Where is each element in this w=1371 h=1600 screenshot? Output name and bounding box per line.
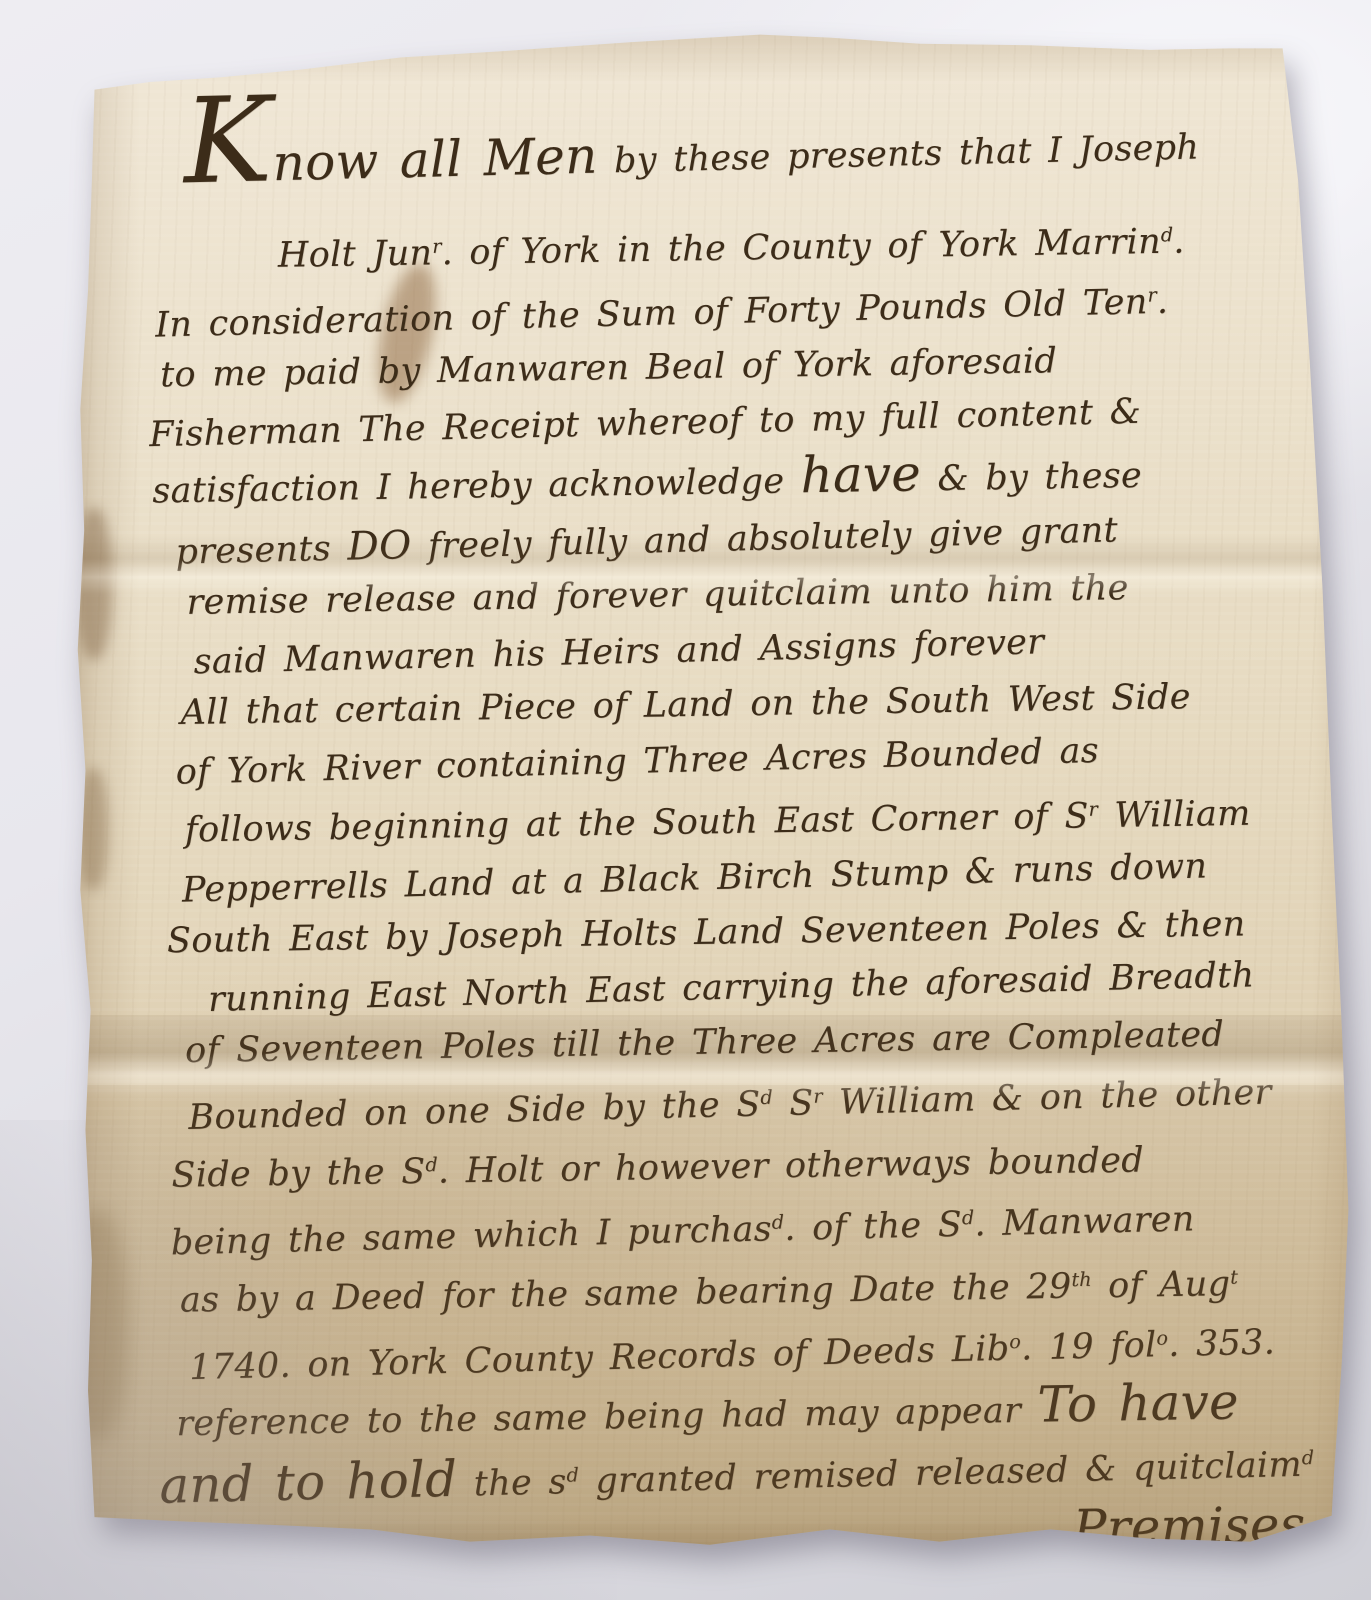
text-segment: as by a Deed for the same bearing Date t…: [180, 1267, 1072, 1321]
text-segment: 1740. on York County Records of Deeds Li…: [189, 1329, 1010, 1388]
manuscript-text: Know all Men by these presents that I Jo…: [125, 85, 1352, 1579]
text-segment: r: [813, 1084, 823, 1107]
text-segment: . 353.: [1168, 1322, 1276, 1365]
text-segment: DO: [347, 523, 412, 569]
text-segment: To have: [1037, 1373, 1239, 1434]
text-segment: said Manwaren his Heirs and Assigns fore…: [193, 622, 1044, 682]
text-segment: Premises: [1073, 1495, 1306, 1557]
text-segment: d: [962, 1206, 975, 1229]
left-edge-smudge-upper: [76, 508, 112, 660]
text-segment: remise release and forever quitclaim unt…: [186, 568, 1129, 623]
text-segment: .: [1156, 281, 1168, 321]
text-segment: t: [1230, 1266, 1238, 1289]
text-segment: . of York in the County of York Marrin: [441, 222, 1161, 273]
text-segment: & by these: [921, 456, 1143, 499]
text-segment: follows beginning at the South East Corn…: [185, 796, 1089, 850]
text-segment: have: [800, 445, 921, 505]
text-segment: d: [771, 1210, 784, 1233]
text-segment: S: [772, 1083, 814, 1124]
text-segment: .: [1173, 222, 1185, 262]
text-segment: r: [1147, 283, 1157, 306]
text-segment: freely fully and absolutely give grant: [411, 511, 1118, 568]
text-segment: th: [1071, 1268, 1091, 1291]
manuscript-paper: Know all Men by these presents that I Jo…: [70, 30, 1360, 1560]
text-segment: o: [1156, 1326, 1168, 1349]
text-segment: granted remised released & quitclaim: [579, 1445, 1303, 1502]
paper-shadow-wrap: Know all Men by these presents that I Jo…: [70, 30, 1360, 1560]
manuscript-line-1: Know all Men by these presents that I Jo…: [183, 82, 1326, 227]
text-segment: . Manwaren: [974, 1199, 1195, 1244]
text-segment: . Holt or however otherways bounded: [438, 1141, 1145, 1192]
text-segment: r: [432, 235, 442, 258]
left-edge-smudge-lower: [78, 768, 108, 890]
text-segment: . 19 fol: [1021, 1325, 1157, 1368]
text-segment: d: [566, 1464, 579, 1487]
text-segment: William & on the other: [822, 1072, 1272, 1123]
text-segment: K: [182, 70, 274, 210]
text-segment: d: [760, 1085, 773, 1108]
text-segment: d: [1301, 1446, 1314, 1469]
text-segment: reference to the same being had may appe…: [176, 1391, 1038, 1445]
text-segment: presents: [175, 529, 348, 573]
text-segment: being the same which I purchas: [170, 1209, 772, 1263]
text-segment: d: [425, 1153, 438, 1176]
text-segment: to me paid by Manwaren Beal of York afor…: [160, 341, 1058, 395]
bottom-left-fold-stain: [64, 1210, 128, 1440]
text-segment: satisfaction I hereby acknowledge: [152, 461, 801, 511]
text-segment: by these presents that I Joseph: [597, 127, 1199, 181]
text-segment: William: [1098, 794, 1251, 836]
text-segment: d: [1161, 223, 1174, 246]
text-segment: the s: [457, 1463, 567, 1506]
text-segment: Bounded on one Side by the S: [188, 1084, 761, 1137]
text-segment: now all Men: [272, 127, 598, 193]
text-segment: o: [1009, 1330, 1021, 1353]
photo-background: Know all Men by these presents that I Jo…: [0, 0, 1371, 1600]
text-segment: r: [1088, 798, 1098, 821]
text-segment: of Aug: [1091, 1264, 1230, 1306]
text-segment: Holt Jun: [278, 233, 433, 275]
text-segment: and to hold: [159, 1450, 458, 1515]
text-segment: . of the S: [784, 1205, 963, 1249]
text-segment: Side by the S: [171, 1152, 426, 1196]
